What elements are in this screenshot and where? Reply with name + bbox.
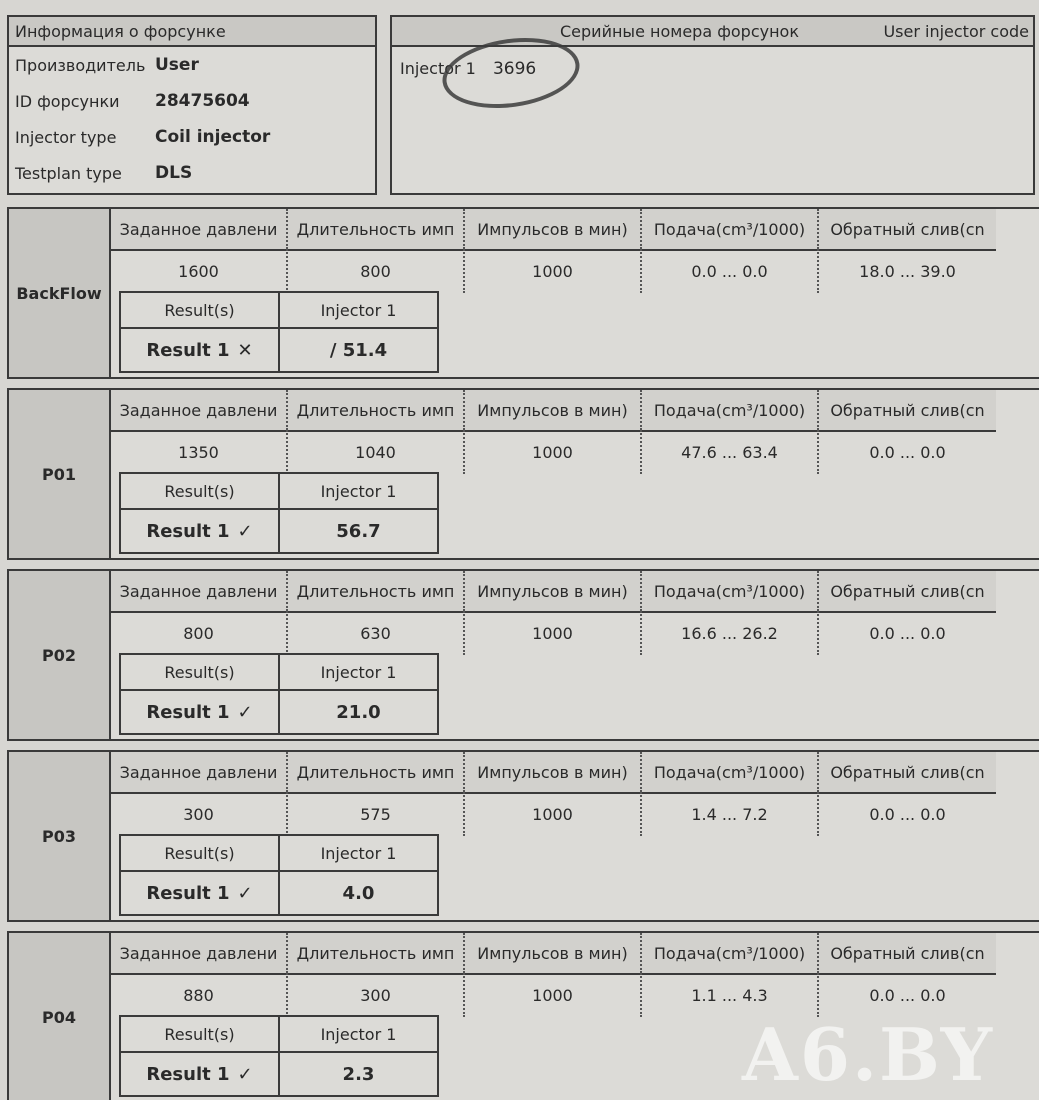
injector-info-panel: Информация о форсунке Производитель User… bbox=[7, 15, 377, 195]
results-table: Result(s) Injector 1 Result 1✓ 56.7 bbox=[119, 472, 439, 554]
param-header: Заданное давлени bbox=[111, 752, 288, 792]
result-value: / 51.4 bbox=[279, 328, 438, 372]
param-header: Длительность имп bbox=[288, 390, 465, 430]
injector-info-title: Информация о форсунке bbox=[9, 17, 375, 47]
info-row-injector-id: ID форсунки 28475604 bbox=[9, 83, 375, 119]
result-value: 2.3 bbox=[279, 1052, 438, 1096]
param-header: Обратный слив(cn bbox=[819, 933, 996, 973]
param-value: 1.4 ... 7.2 bbox=[642, 792, 819, 836]
result-value: 56.7 bbox=[279, 509, 438, 553]
info-label: ID форсунки bbox=[15, 92, 155, 111]
param-value: 1000 bbox=[465, 430, 642, 474]
param-value: 1000 bbox=[465, 249, 642, 293]
result-value: 21.0 bbox=[279, 690, 438, 734]
param-value: 880 bbox=[111, 973, 288, 1017]
param-value: 0.0 ... 0.0 bbox=[819, 430, 996, 474]
result-label: Result 1 bbox=[146, 521, 229, 542]
result-label: Result 1 bbox=[146, 340, 229, 361]
param-header: Импульсов в мин) bbox=[465, 752, 642, 792]
param-value: 800 bbox=[288, 249, 465, 293]
serial-row: Injector 1 3696 bbox=[392, 47, 1033, 79]
result-label: Result 1 bbox=[146, 1064, 229, 1085]
info-value: User bbox=[155, 55, 199, 75]
param-value: 16.6 ... 26.2 bbox=[642, 611, 819, 655]
param-header: Обратный слив(cn bbox=[819, 752, 996, 792]
param-value: 300 bbox=[288, 973, 465, 1017]
params-header-row: Заданное давлениДлительность импИмпульсо… bbox=[111, 571, 996, 613]
params-header-row: Заданное давлениДлительность импИмпульсо… bbox=[111, 209, 996, 251]
results-table: Result(s) Injector 1 Result 1✕ / 51.4 bbox=[119, 291, 439, 373]
params-value-row: 30057510001.4 ... 7.20.0 ... 0.0 bbox=[111, 794, 996, 834]
check-icon: ✓ bbox=[238, 1064, 253, 1085]
param-header: Обратный слив(cn bbox=[819, 209, 996, 249]
params-header-row: Заданное давлениДлительность импИмпульсо… bbox=[111, 390, 996, 432]
param-header: Импульсов в мин) bbox=[465, 571, 642, 611]
params-table: Заданное давлениДлительность импИмпульсо… bbox=[111, 933, 996, 1015]
results-header: Injector 1 bbox=[279, 1016, 438, 1052]
param-header: Заданное давлени bbox=[111, 390, 288, 430]
result-label-cell: Result 1✓ bbox=[120, 509, 279, 553]
test-block-p03: P03 Заданное давлениДлительность импИмпу… bbox=[7, 750, 1039, 922]
results-header: Result(s) bbox=[120, 654, 279, 690]
results-header: Result(s) bbox=[120, 835, 279, 871]
param-header: Длительность имп bbox=[288, 933, 465, 973]
params-header-row: Заданное давлениДлительность импИмпульсо… bbox=[111, 933, 996, 975]
results-table: Result(s) Injector 1 Result 1✓ 4.0 bbox=[119, 834, 439, 916]
param-value: 1000 bbox=[465, 792, 642, 836]
params-table: Заданное давлениДлительность импИмпульсо… bbox=[111, 209, 996, 291]
param-header: Длительность имп bbox=[288, 571, 465, 611]
check-icon: ✓ bbox=[238, 521, 253, 542]
info-row-testplan-type: Testplan type DLS bbox=[9, 155, 375, 191]
params-table: Заданное давлениДлительность импИмпульсо… bbox=[111, 752, 996, 834]
param-header: Подача(cm³/1000) bbox=[642, 752, 819, 792]
param-header: Подача(cm³/1000) bbox=[642, 933, 819, 973]
param-value: 0.0 ... 0.0 bbox=[819, 611, 996, 655]
watermark-logo: A6.BY bbox=[742, 1012, 994, 1097]
param-value: 800 bbox=[111, 611, 288, 655]
serial-numbers-panel: Серийные номера форсунок User injector c… bbox=[390, 15, 1035, 195]
cross-icon: ✕ bbox=[238, 340, 253, 361]
user-injector-code-header: User injector code bbox=[883, 22, 1029, 41]
param-value: 630 bbox=[288, 611, 465, 655]
params-table: Заданное давлениДлительность импИмпульсо… bbox=[111, 571, 996, 653]
test-name: P04 bbox=[9, 933, 111, 1100]
param-header: Заданное давлени bbox=[111, 933, 288, 973]
param-value: 1.1 ... 4.3 bbox=[642, 973, 819, 1017]
results-header: Result(s) bbox=[120, 292, 279, 328]
results-header: Injector 1 bbox=[279, 835, 438, 871]
params-value-row: 13501040100047.6 ... 63.40.0 ... 0.0 bbox=[111, 432, 996, 472]
test-name: P01 bbox=[9, 390, 111, 558]
param-header: Подача(cm³/1000) bbox=[642, 209, 819, 249]
result-label-cell: Result 1✓ bbox=[120, 1052, 279, 1096]
test-name: BackFlow bbox=[9, 209, 111, 377]
results-table: Result(s) Injector 1 Result 1✓ 21.0 bbox=[119, 653, 439, 735]
param-header: Длительность имп bbox=[288, 209, 465, 249]
result-label-cell: Result 1✓ bbox=[120, 871, 279, 915]
param-value: 0.0 ... 0.0 bbox=[819, 973, 996, 1017]
param-header: Заданное давлени bbox=[111, 571, 288, 611]
results-header: Injector 1 bbox=[279, 473, 438, 509]
param-header: Обратный слив(cn bbox=[819, 571, 996, 611]
param-header: Подача(cm³/1000) bbox=[642, 571, 819, 611]
check-icon: ✓ bbox=[238, 702, 253, 723]
param-value: 1350 bbox=[111, 430, 288, 474]
check-icon: ✓ bbox=[238, 883, 253, 904]
info-label: Testplan type bbox=[15, 164, 155, 183]
param-header: Импульсов в мин) bbox=[465, 209, 642, 249]
results-header: Result(s) bbox=[120, 1016, 279, 1052]
params-header-row: Заданное давлениДлительность импИмпульсо… bbox=[111, 752, 996, 794]
param-value: 1040 bbox=[288, 430, 465, 474]
info-value: 28475604 bbox=[155, 91, 250, 111]
results-header: Injector 1 bbox=[279, 654, 438, 690]
param-value: 0.0 ... 0.0 bbox=[819, 792, 996, 836]
info-label: Производитель bbox=[15, 56, 155, 75]
results-header: Result(s) bbox=[120, 473, 279, 509]
results-table: Result(s) Injector 1 Result 1✓ 2.3 bbox=[119, 1015, 439, 1097]
param-header: Длительность имп bbox=[288, 752, 465, 792]
result-label: Result 1 bbox=[146, 702, 229, 723]
info-label: Injector type bbox=[15, 128, 155, 147]
param-header: Подача(cm³/1000) bbox=[642, 390, 819, 430]
param-value: 1600 bbox=[111, 249, 288, 293]
params-value-row: 88030010001.1 ... 4.30.0 ... 0.0 bbox=[111, 975, 996, 1015]
result-value: 4.0 bbox=[279, 871, 438, 915]
param-value: 1000 bbox=[465, 973, 642, 1017]
param-header: Обратный слив(cn bbox=[819, 390, 996, 430]
test-block-backflow: BackFlow Заданное давлениДлительность им… bbox=[7, 207, 1039, 379]
params-table: Заданное давлениДлительность импИмпульсо… bbox=[111, 390, 996, 472]
param-value: 47.6 ... 63.4 bbox=[642, 430, 819, 474]
param-header: Импульсов в мин) bbox=[465, 933, 642, 973]
param-value: 0.0 ... 0.0 bbox=[642, 249, 819, 293]
info-value: DLS bbox=[155, 163, 192, 183]
test-block-p01: P01 Заданное давлениДлительность импИмпу… bbox=[7, 388, 1039, 560]
param-value: 300 bbox=[111, 792, 288, 836]
param-value: 1000 bbox=[465, 611, 642, 655]
test-block-p02: P02 Заданное давлениДлительность импИмпу… bbox=[7, 569, 1039, 741]
param-header: Заданное давлени bbox=[111, 209, 288, 249]
param-value: 575 bbox=[288, 792, 465, 836]
serial-numbers-title: Серийные номера форсунок bbox=[560, 22, 799, 41]
info-row-injector-type: Injector type Coil injector bbox=[9, 119, 375, 155]
info-row-manufacturer: Производитель User bbox=[9, 47, 375, 83]
test-name: P03 bbox=[9, 752, 111, 920]
result-label-cell: Result 1✓ bbox=[120, 690, 279, 734]
results-header: Injector 1 bbox=[279, 292, 438, 328]
param-header: Импульсов в мин) bbox=[465, 390, 642, 430]
params-value-row: 800630100016.6 ... 26.20.0 ... 0.0 bbox=[111, 613, 996, 653]
test-name: P02 bbox=[9, 571, 111, 739]
param-value: 18.0 ... 39.0 bbox=[819, 249, 996, 293]
info-value: Coil injector bbox=[155, 127, 270, 147]
params-value-row: 160080010000.0 ... 0.018.0 ... 39.0 bbox=[111, 251, 996, 291]
result-label: Result 1 bbox=[146, 883, 229, 904]
result-label-cell: Result 1✕ bbox=[120, 328, 279, 372]
